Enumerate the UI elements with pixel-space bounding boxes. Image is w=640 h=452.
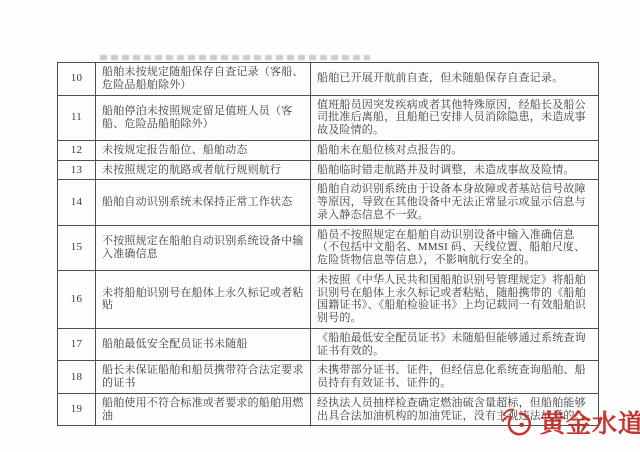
row-number: 12 xyxy=(58,140,96,160)
row-remark: 未携带部分证书、证件，但经信息化系统查询船舶、船员持有有效证书、证件的。 xyxy=(311,361,599,394)
row-number: 10 xyxy=(58,63,96,96)
row-item: 未按规定报告船位、船舶动态 xyxy=(96,140,311,160)
row-item: 船长未保证船舶和船员携带符合法定要求的证书 xyxy=(96,361,311,394)
row-remark: 船员不按照规定在船舶自动识别设备中输入准确信息（不包括中文船名、MMSI 码、天… xyxy=(311,225,599,270)
table-row: 16 未将船舶识别号在船体上永久标记或者粘贴 未按照《中华人民共和国船舶识别号管… xyxy=(58,270,599,328)
row-item: 未按照规定的航路或者航行规则航行 xyxy=(96,160,311,180)
row-number: 14 xyxy=(58,180,96,225)
watermark-text: 黄金水道网 xyxy=(540,404,640,440)
row-item: 船舶最低安全配员证书未随船 xyxy=(96,328,311,361)
row-number: 16 xyxy=(58,270,96,328)
table-row: 14 船舶自动识别系统未保持正常工作状态 船舶自动识别系统由于设备本身故障或者基… xyxy=(58,180,599,225)
row-remark: 船舶已开展开航前自查，但未随船保存自查记录。 xyxy=(311,63,599,96)
waterway-logo-icon xyxy=(500,405,534,439)
table-row: 15 不按照规定在船舶自动识别系统设备中输入准确信息 船员不按照规定在船舶自动识… xyxy=(58,225,599,270)
row-item: 不按照规定在船舶自动识别系统设备中输入准确信息 xyxy=(96,225,311,270)
row-item: 船舶自动识别系统未保持正常工作状态 xyxy=(96,180,311,225)
watermark: 黄金水道网 xyxy=(500,404,640,440)
table-row: 17 船舶最低安全配员证书未随船 《船舶最低安全配员证书》未随船但能够通过系统查… xyxy=(58,328,599,361)
table-row: 13 未按照规定的航路或者航行规则航行 船舶临时错走航路并及时调整，未造成事故及… xyxy=(58,160,599,180)
row-remark: 《船舶最低安全配员证书》未随船但能够通过系统查询证书有效的。 xyxy=(311,328,599,361)
row-item: 船舶未按规定随船保存自查记录（客船、危险品船舶除外） xyxy=(96,63,311,96)
row-remark: 船舶自动识别系统由于设备本身故障或者基站信号故障等原因，导致在其他设备中无法正常… xyxy=(311,180,599,225)
row-remark: 未按照《中华人民共和国船舶识别号管理规定》将船舶识别号在船体上永久标记或者粘贴，… xyxy=(311,270,599,328)
row-number: 13 xyxy=(58,160,96,180)
row-remark: 船舶临时错走航路并及时调整，未造成事故及险情。 xyxy=(311,160,599,180)
row-number: 17 xyxy=(58,328,96,361)
row-item: 未将船舶识别号在船体上永久标记或者粘贴 xyxy=(96,270,311,328)
table-row: 12 未按规定报告船位、船舶动态 船舶未在船位核对点报告的。 xyxy=(58,140,599,160)
document-page: 10 船舶未按规定随船保存自查记录（客船、危险品船舶除外） 船舶已开展开航前自查… xyxy=(0,0,640,452)
table-row: 11 船舶停泊未按照规定留足值班人员（客船、危险品船舶除外） 值班船员因突发疾病… xyxy=(58,95,599,140)
row-item: 船舶使用不符合标准或者要求的船舶用燃油 xyxy=(96,393,311,426)
table-row: 18 船长未保证船舶和船员携带符合法定要求的证书 未携带部分证书、证件，但经信息… xyxy=(58,361,599,394)
violations-table: 10 船舶未按规定随船保存自查记录（客船、危险品船舶除外） 船舶已开展开航前自查… xyxy=(57,62,599,426)
cropped-text-remnant xyxy=(100,55,370,60)
table-row: 10 船舶未按规定随船保存自查记录（客船、危险品船舶除外） 船舶已开展开航前自查… xyxy=(58,63,599,96)
row-remark: 船舶未在船位核对点报告的。 xyxy=(311,140,599,160)
row-number: 11 xyxy=(58,95,96,140)
row-item: 船舶停泊未按照规定留足值班人员（客船、危险品船舶除外） xyxy=(96,95,311,140)
row-number: 18 xyxy=(58,361,96,394)
row-number: 19 xyxy=(58,393,96,426)
row-remark: 值班船员因突发疾病或者其他特殊原因，经船长及船公司批准后离船，且船舶已安排人员消… xyxy=(311,95,599,140)
row-number: 15 xyxy=(58,225,96,270)
